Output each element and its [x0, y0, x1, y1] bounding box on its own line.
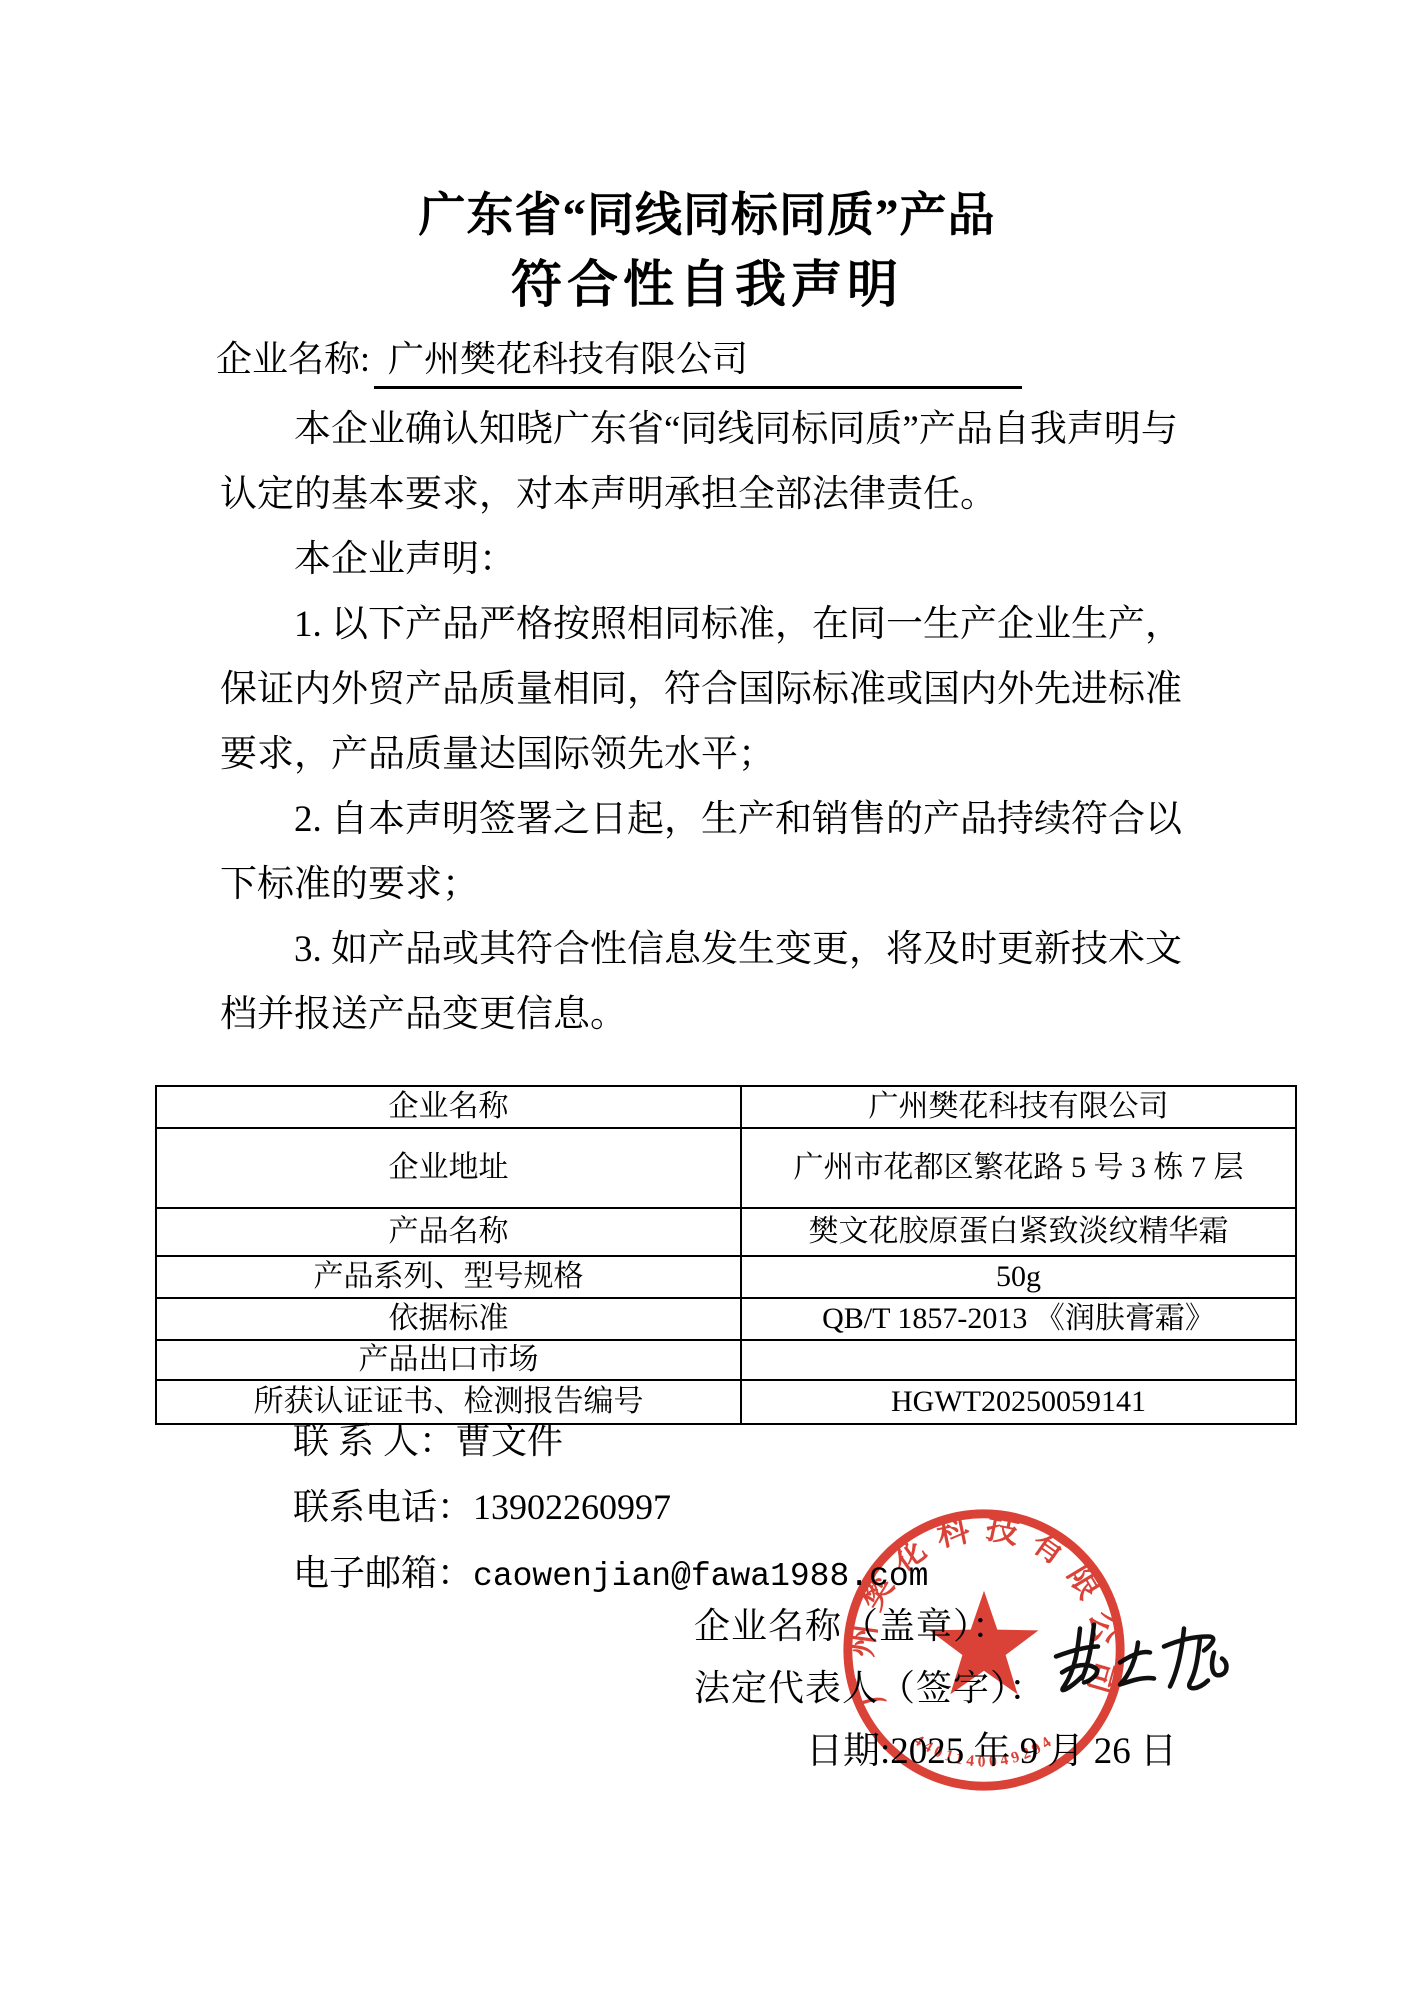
- company-seal-label: 企业名称（盖章）：: [694, 1598, 1009, 1649]
- table-row: 产品出口市场: [156, 1340, 1296, 1380]
- page-title-line2: 符合性自我声明: [0, 243, 1414, 317]
- body-line: 档并报送产品变更信息。: [220, 989, 1250, 1054]
- date-line: 日期:2025 年 9 月 26 日: [806, 1720, 1177, 1774]
- table-cell-label: 产品名称: [156, 1208, 741, 1256]
- body-line: 1. 以下产品严格按照相同标准，在同一生产企业生产，: [220, 599, 1250, 664]
- table-cell-value: [741, 1340, 1296, 1380]
- body-line: 本企业确认知晓广东省“同线同标同质”产品自我声明与: [220, 404, 1250, 469]
- declaration-body: 本企业确认知晓广东省“同线同标同质”产品自我声明与 认定的基本要求，对本声明承担…: [220, 404, 1250, 1054]
- table-cell-label: 企业名称: [156, 1086, 741, 1128]
- body-line: 认定的基本要求，对本声明承担全部法律责任。: [220, 469, 1250, 534]
- company-name-line: 企业名称:广州樊花科技有限公司: [216, 331, 1022, 389]
- table-cell-value: 樊文花胶原蛋白紧致淡纹精华霜: [741, 1208, 1296, 1256]
- page-title-line1: 广东省“同线同标同质”产品: [0, 178, 1414, 245]
- body-line: 3. 如产品或其符合性信息发生变更，将及时更新技术文: [220, 924, 1250, 989]
- table-row: 产品名称 樊文花胶原蛋白紧致淡纹精华霜: [156, 1208, 1296, 1256]
- table-cell-label: 产品出口市场: [156, 1340, 741, 1380]
- legal-representative-signature: [1042, 1614, 1242, 1714]
- table-row: 依据标准 QB/T 1857-2013 《润肤膏霜》: [156, 1298, 1296, 1340]
- contact-phone-line: 联系电话：13902260997: [293, 1480, 929, 1546]
- contact-person-line: 联 系 人：曹文件: [293, 1414, 929, 1480]
- table-cell-value: 广州市花都区繁花路 5 号 3 栋 7 层: [741, 1128, 1296, 1208]
- table-cell-value: 广州樊花科技有限公司: [741, 1086, 1296, 1128]
- body-line: 下标准的要求；: [220, 859, 1250, 924]
- contact-phone-value: 13902260997: [473, 1487, 671, 1527]
- contact-person-label: 联 系 人：: [293, 1421, 455, 1461]
- legal-representative-label: 法定代表人（签字）：: [694, 1660, 1046, 1711]
- company-name-value: 广州樊花科技有限公司: [374, 331, 1022, 389]
- contact-person-value: 曹文件: [455, 1421, 563, 1461]
- table-cell-label: 企业地址: [156, 1128, 741, 1208]
- product-info-table: 企业名称 广州樊花科技有限公司 企业地址 广州市花都区繁花路 5 号 3 栋 7…: [155, 1085, 1297, 1425]
- table-row: 产品系列、型号规格 50g: [156, 1256, 1296, 1298]
- body-line: 本企业声明：: [220, 534, 1250, 599]
- table-cell-label: 产品系列、型号规格: [156, 1256, 741, 1298]
- body-line: 要求，产品质量达国际领先水平；: [220, 729, 1250, 794]
- body-line: 2. 自本声明签署之日起，生产和销售的产品持续符合以: [220, 794, 1250, 859]
- contact-email-label: 电子邮箱：: [293, 1553, 473, 1593]
- body-line: 保证内外贸产品质量相同，符合国际标准或国内外先进标准: [220, 664, 1250, 729]
- declaration-document-page: 广东省“同线同标同质”产品 符合性自我声明 企业名称:广州樊花科技有限公司 本企…: [0, 0, 1414, 1999]
- table-cell-value: QB/T 1857-2013 《润肤膏霜》: [741, 1298, 1296, 1340]
- table-cell-label: 依据标准: [156, 1298, 741, 1340]
- contact-phone-label: 联系电话：: [293, 1487, 473, 1527]
- table-row: 企业名称 广州樊花科技有限公司: [156, 1086, 1296, 1128]
- company-name-label: 企业名称:: [216, 339, 370, 379]
- contact-email-value: caowenjian@fawa1988.com: [473, 1558, 928, 1595]
- table-cell-value: 50g: [741, 1256, 1296, 1298]
- table-row: 企业地址 广州市花都区繁花路 5 号 3 栋 7 层: [156, 1128, 1296, 1208]
- contact-block: 联 系 人：曹文件 联系电话：13902260997 电子邮箱：caowenji…: [293, 1414, 929, 1612]
